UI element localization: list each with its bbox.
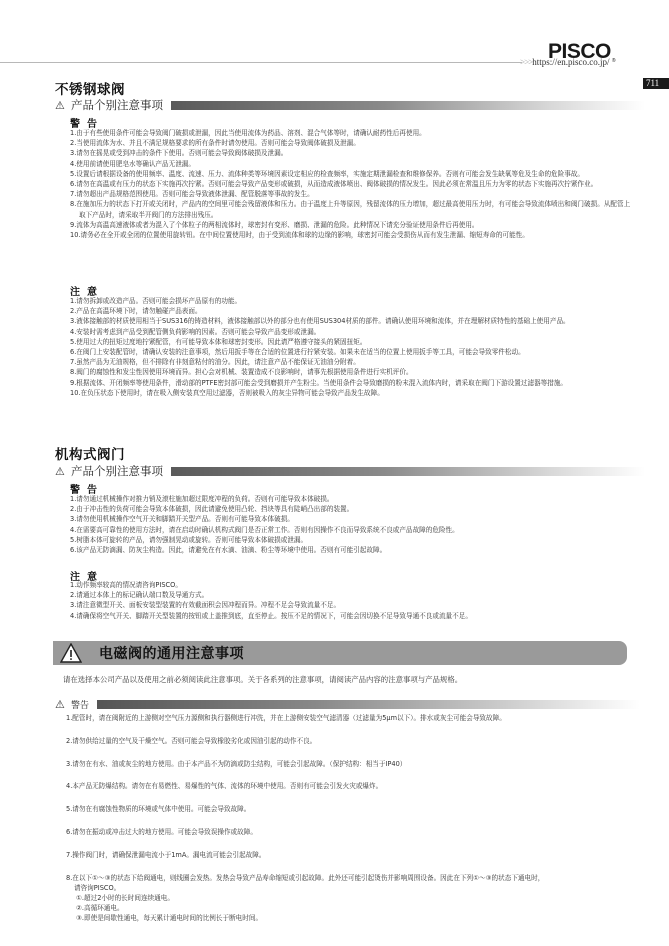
list-item: 3.请注意微型开关、面板安装型装置的有效截面积会因冲程而异。冲程不足会导致流量不… xyxy=(70,600,635,610)
list-item: 2.当使用流体为水、并且不满足规格要求的所有条件时请勿使用。否则可能会导致阀体破… xyxy=(70,138,635,148)
caution-list: 1.请勿拆卸或改造产品。否则可能会损坏产品原有的功能。 2.产品在高温环境下时，… xyxy=(70,296,635,398)
list-item: 4.使用前请使用肥皂水等确认产品无泄漏。 xyxy=(70,159,635,169)
list-item: 4.本产品无防爆结构。请勿在有易燃性、易爆性的气体、流体的环境中使用。否则有可能… xyxy=(66,781,636,791)
list-item: 5.设置后请根据设备的使用频率、温度、流速、压力、流体种类等环境因素设定相应的检… xyxy=(70,169,635,179)
subheading-label: 产品个别注意事项 xyxy=(71,463,163,479)
list-item: 6.请勿在振动或冲击过大的地方使用。可能会导致误操作或故障。 xyxy=(66,827,636,837)
list-item: 3.请勿使用机械操作空气开关和脚踏开关型产品。否则有可能导致本体破损。 xyxy=(70,514,635,524)
warning-heading: ⚠ 警告 xyxy=(55,697,640,711)
header-divider xyxy=(0,62,522,63)
list-item: 2.请通过本体上的标记确认端口数及导通方式。 xyxy=(70,590,635,600)
list-item: 1.请勿通过机械操作对推力销及滚柱施加超过限度冲程的负荷。否则有可能导致本体破损… xyxy=(70,494,635,504)
solenoid-general-banner: 电磁阀的通用注意事项 xyxy=(53,641,627,665)
section-title-mechanical-valve: 机构式阀门 xyxy=(55,443,125,463)
list-item: 9.流体为高温高速液体或者为混入了个体粒子的两相流体时，球密封有变形、磨损、泄漏… xyxy=(70,220,635,230)
subheading-product-precautions: ⚠ 产品个别注意事项 xyxy=(55,464,645,478)
list-item: 6.在阀门上安装配管时，请确认安装的注意事项，然后用扳手等在合适的位置进行拧紧安… xyxy=(70,347,635,357)
gradient-bar xyxy=(171,101,645,110)
list-item: 5.使用过大的扭矩过度地拧紧配管，有可能导致本体和球密封变形。因此请严格遵守接头… xyxy=(70,337,635,347)
list-item: 10.请务必在全开或全闭的位置使用旋转钮。在中间位置使用时，由于受到流体和球的边… xyxy=(70,230,635,240)
page-number: 711 xyxy=(643,78,669,89)
list-item: 1.动作频率较高的情况请咨询PISCO。 xyxy=(70,580,635,590)
section-title-stainless-ball-valve: 不锈钢球阀 xyxy=(55,78,125,98)
list-item: 8.阀门的腐蚀性和发尘性因使用环境而异。担心会对机械、装置造成不良影响时，请事先… xyxy=(70,367,635,377)
sub-item: ②.高循环通电。 xyxy=(66,903,636,913)
list-item: 10.在负压状态下使用时，请在吸入侧安装真空用过滤器，否则被吸入的灰尘异物可能会… xyxy=(70,388,635,398)
list-item: 7.虽然产品为无油规格，但不排除有非刻意粘付的油分。因此，请注意产品不能保证无油… xyxy=(70,357,635,367)
list-item: 3.请勿在摇晃或受到冲击的条件下使用。否则可能会导致阀体破损及泄漏。 xyxy=(70,148,635,158)
list-item: 4.在需要高可靠性的使用方法时，请在启动时确认机构式阀门是否正常工作。否则有因操… xyxy=(70,525,635,535)
list-item: 2.由于冲击性的负荷可能会导致本体破损，因此请避免使用凸轮、挡块等具有陡峭凸出部… xyxy=(70,504,635,514)
list-item: 4.安装时需考虑到产品受到配管侧负荷影响的因素。否则可能会导致产品变形或泄漏。 xyxy=(70,327,635,337)
url-text: https://en.pisco.co.jp/ xyxy=(532,57,609,67)
list-item: 9.根据流体、开闭频率等使用条件，滑动部的PTFE密封部可能会受到磨损并产生粉尘… xyxy=(70,378,635,388)
sub-item: ③.即使是间歇性通电，每天累计通电时间的比例长于断电时间。 xyxy=(66,913,636,923)
list-item: 1.由于有些使用条件可能会导致阀门破损或泄漏，因此当使用流体为药品、溶剂、混合气… xyxy=(70,128,635,138)
url-arrows-icon: >>> xyxy=(520,57,532,67)
solenoid-warning-list: 1.配管时，请在阀附近的上游侧对空气压力源侧和执行器侧进行冲洗，并在上游侧安装空… xyxy=(66,713,636,923)
list-item: 2.请勿供给过量的空气及干燥空气。否则可能会导致橡胶劣化或因油引起的动作不良。 xyxy=(66,736,636,746)
list-item: 8.在施加压力的状态下打开或关闭时，产品内的空间里可能会残留液体和压力。由于温度… xyxy=(70,199,635,219)
list-item: 6.请勿在高温或有压力的状态下实施再次拧紧。否则可能会导致产品变形或破损，从而造… xyxy=(70,179,635,189)
gradient-bar xyxy=(171,467,645,476)
list-item: 3.请勿在有水、油或灰尘的地方使用。由于本产品不为防滴或防尘结构，可能会引起故障… xyxy=(66,759,636,769)
warning-list: 1.请勿通过机械操作对推力销及滚柱施加超过限度冲程的负荷。否则有可能导致本体破损… xyxy=(70,494,635,555)
list-item: 5.请勿在有腐蚀性物质的环境或气体中使用。可能会导致故障。 xyxy=(66,804,636,814)
registered-mark: ® xyxy=(612,58,615,64)
warning-triangle-icon: ⚠ xyxy=(55,465,69,478)
gradient-bar xyxy=(97,700,640,709)
list-item: 7.请勿超出产品规格范围使用。否则可能会导致液体泄漏、配管脱落等事故的发生。 xyxy=(70,189,635,199)
list-item: 5.树脂本体可旋转的产品，请勿强制晃动或旋转。否则可能导致本体破损或泄漏。 xyxy=(70,535,635,545)
subheading-product-precautions: ⚠ 产品个别注意事项 xyxy=(55,98,645,112)
list-item-continuation: 请咨询PISCO。 xyxy=(66,883,636,893)
list-item: 6.该产品无防滴漏、防灰尘构造。因此，请避免在有水滴、油滴、粉尘等环境中使用。否… xyxy=(70,545,635,555)
warning-triangle-icon xyxy=(59,643,83,663)
warning-list: 1.由于有些使用条件可能会导致阀门破损或泄漏，因此当使用流体为药品、溶剂、混合气… xyxy=(70,128,635,240)
warning-triangle-icon: ⚠ xyxy=(55,99,69,112)
warning-label: 警告 xyxy=(71,698,89,711)
warning-triangle-icon: ⚠ xyxy=(55,698,69,711)
sub-item: ①.超过2小时的长时间连续通电。 xyxy=(66,893,636,903)
subheading-label: 产品个别注意事项 xyxy=(71,97,163,113)
caution-list: 1.动作频率较高的情况请咨询PISCO。 2.请通过本体上的标记确认端口数及导通… xyxy=(70,580,635,621)
list-item: 7.操作阀门时，请确保泄漏电流小于1mA。漏电流可能会引起故障。 xyxy=(66,850,636,860)
list-item: 4.请确保将空气开关、脚踏开关型装置的按钮或上盖推到底，直至停止。按压不足的情况… xyxy=(70,611,635,621)
list-item: 8.在以下①～③的状态下给阀通电，则线圈会发热。发热会导致产品寿命缩短或引起故障… xyxy=(66,873,636,883)
list-item: 2.产品在高温环境下时，请勿触碰产品表面。 xyxy=(70,306,635,316)
list-item: 3.液体接触部的材质使用相当于SUS316的铸造材料，液体接触部以外的部分也有使… xyxy=(70,316,635,326)
intro-text: 请在选择本公司产品以及使用之前必须阅读此注意事项。关于各系列的注意事项，请阅读产… xyxy=(63,674,462,685)
list-item: 1.请勿拆卸或改造产品。否则可能会损坏产品原有的功能。 xyxy=(70,296,635,306)
banner-title: 电磁阀的通用注意事项 xyxy=(99,643,244,663)
website-link[interactable]: >>>https://en.pisco.co.jp/ xyxy=(520,57,609,67)
list-item: 1.配管时，请在阀附近的上游侧对空气压力源侧和执行器侧进行冲洗，并在上游侧安装空… xyxy=(66,713,636,723)
